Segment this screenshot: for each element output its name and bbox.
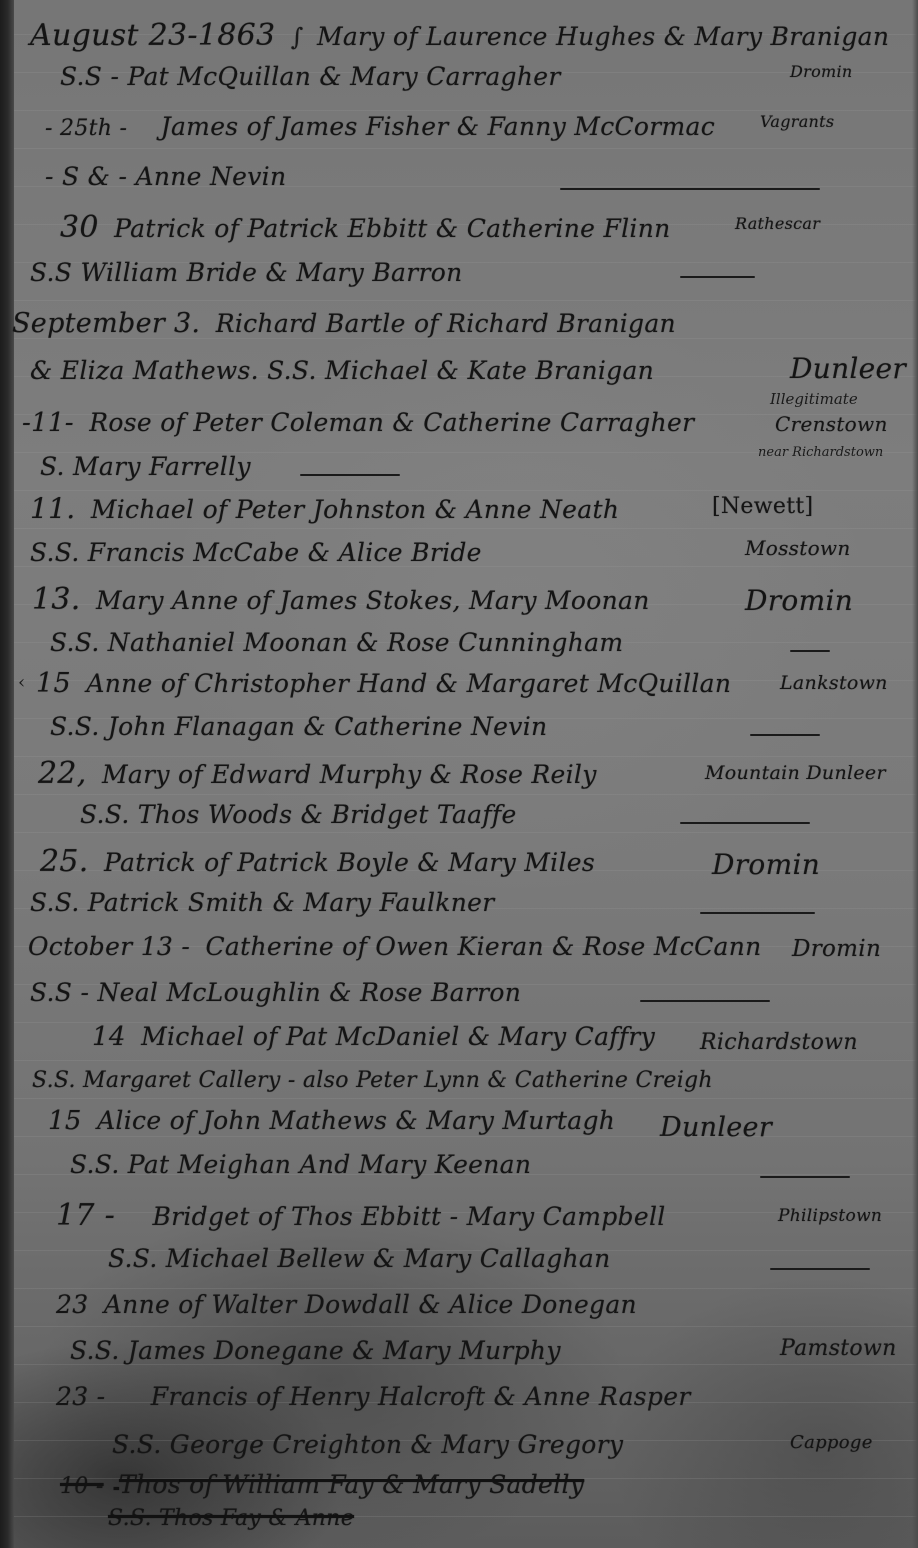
entry-sponsors: S.S - Pat McQuillan & Mary Carragher <box>60 62 561 91</box>
entry-record: Mary of Edward Murphy & Rose Reily <box>102 760 597 789</box>
entry-date: 22, <box>38 756 87 791</box>
entry-6-sponsors-line: S.S. Francis McCabe & Alice Bride <box>30 538 482 567</box>
entry-12-place: Richardstown <box>700 1030 858 1055</box>
entry-date: 17 - <box>56 1198 115 1233</box>
line-filler <box>750 734 820 736</box>
line-filler <box>700 912 815 914</box>
line-filler <box>560 188 820 190</box>
line-filler <box>680 822 810 824</box>
entry-3-record-line: 30 Patrick of Patrick Ebbitt & Catherine… <box>60 210 671 245</box>
entry-12-sponsors-line: S.S. Margaret Callery - also Peter Lynn … <box>32 1068 713 1093</box>
entry-14-place: Philipstown <box>778 1206 882 1226</box>
entry-6-record-line: 11. Michael of Peter Johnston & Anne Nea… <box>30 492 619 525</box>
entry-9-place: Mountain Dunleer <box>705 762 886 784</box>
line-filler <box>300 474 400 476</box>
line-filler <box>640 1000 770 1002</box>
entry-date: September 3. <box>12 308 200 339</box>
entry-date: 15 <box>48 1106 82 1136</box>
entry-record: Michael of Peter Johnston & Anne Neath <box>91 495 619 524</box>
entry-3-sponsors-line: S.S William Bride & Mary Barron <box>30 258 462 287</box>
entry-sponsors: S.S. Patrick Smith & Mary Faulkner <box>30 888 495 917</box>
entry-17-record-line-struck: 10 - Thos of William Fay & Mary Sadelly <box>60 1470 584 1499</box>
entry-8-sponsors-line: S.S. John Flanagan & Catherine Nevin <box>50 712 547 741</box>
entry-12-record-line: 14 Michael of Pat McDaniel & Mary Caffry <box>92 1022 655 1052</box>
entry-sponsors: - S & - Anne Nevin <box>45 162 286 191</box>
entry-date: 23 <box>56 1290 88 1319</box>
entry-11-record-line: October 13 - Catherine of Owen Kieran & … <box>28 932 762 961</box>
entry-sponsors: S.S. George Creighton & Mary Gregory <box>112 1430 623 1459</box>
entry-7-sponsors-line: S.S. Nathaniel Moonan & Rose Cunningham <box>50 628 623 657</box>
entry-10-place: Dromin <box>712 848 820 881</box>
entry-16-place: Cappoge <box>790 1432 873 1453</box>
entry-14-sponsors-line: S.S. Michael Bellew & Mary Callaghan <box>108 1244 611 1273</box>
entry-sponsors: & Eliza Mathews. S.S. Michael & Kate Bra… <box>30 356 654 385</box>
entry-record: Richard Bartle of Richard Branigan <box>216 309 676 338</box>
entry-sponsors: S. Mary Farrelly <box>40 452 251 481</box>
entry-1-sponsors-line: S.S - Pat McQuillan & Mary Carragher <box>60 62 561 91</box>
entry-13-sponsors-line: S.S. Pat Meighan And Mary Keenan <box>70 1150 531 1179</box>
entry-record: Catherine of Owen Kieran & Rose McCann <box>206 932 762 961</box>
entry-14-record-line: 17 - Bridget of Thos Ebbitt - Mary Campb… <box>56 1198 666 1233</box>
entry-record: Thos of William Fay & Mary Sadelly <box>119 1470 584 1499</box>
entry-record: Francis of Henry Halcroft & Anne Rasper <box>151 1382 691 1411</box>
register-page: August 23-1863 ∫ Mary of Laurence Hughes… <box>0 0 918 1548</box>
entry-date: 11. <box>30 492 75 525</box>
entry-sponsors: S.S. John Flanagan & Catherine Nevin <box>50 712 547 741</box>
page-edge <box>912 0 918 1548</box>
entry-record: Mary Anne of James Stokes, Mary Moonan <box>96 586 650 615</box>
ss-mark-icon: ∫ <box>291 23 304 51</box>
entry-8-record-line: 15 Anne of Christopher Hand & Margaret M… <box>36 668 731 699</box>
entry-16-record-line: 23 - Francis of Henry Halcroft & Anne Ra… <box>56 1382 691 1411</box>
entry-sponsors: S.S. Francis McCabe & Alice Bride <box>30 538 482 567</box>
entry-2-sponsors-line: - S & - Anne Nevin <box>45 162 286 191</box>
entry-10-sponsors-line: S.S. Patrick Smith & Mary Faulkner <box>30 888 495 917</box>
entry-15-record-line: 23 Anne of Walter Dowdall & Alice Donega… <box>56 1290 637 1319</box>
entry-11-place: Dromin <box>792 936 881 962</box>
margin-arrow-icon: ‹ <box>18 672 25 693</box>
entry-date: -11- <box>22 408 74 438</box>
entry-9-sponsors-line: S.S. Thos Woods & Bridget Taaffe <box>80 800 517 829</box>
entry-15-place: Pamstown <box>780 1336 897 1361</box>
entry-sponsors: S.S. Pat Meighan And Mary Keenan <box>70 1150 531 1179</box>
book-binding-shadow <box>0 0 14 1548</box>
entry-2-record-line: - 25th - James of James Fisher & Fanny M… <box>45 112 715 141</box>
entry-date: 23 - <box>56 1382 105 1411</box>
entry-5-place: Crenstown <box>775 412 888 436</box>
entry-sponsors: S.S. Michael Bellew & Mary Callaghan <box>108 1244 611 1273</box>
entry-record: Alice of John Mathews & Mary Murtagh <box>97 1106 615 1135</box>
entry-6-place: Mosstown <box>745 536 851 560</box>
entry-date: 13. <box>32 582 81 617</box>
entry-date: - 25th - <box>45 116 127 141</box>
entry-record: Patrick of Patrick Ebbitt & Catherine Fl… <box>114 214 670 243</box>
entry-17-sponsors-line-struck: S.S. Thos Fay & Anne <box>108 1506 354 1531</box>
entry-15-sponsors-line: S.S. James Donegane & Mary Murphy <box>70 1336 561 1365</box>
entry-13-place: Dunleer <box>660 1112 772 1143</box>
entry-record: James of James Fisher & Fanny McCormac <box>161 112 715 141</box>
entry-9-record-line: 22, Mary of Edward Murphy & Rose Reily <box>38 756 597 791</box>
entry-6-bracket-note: [Newett] <box>712 494 813 519</box>
entry-date: 15 <box>36 668 71 699</box>
entry-sponsors: S.S William Bride & Mary Barron <box>30 258 462 287</box>
entry-2-place: Vagrants <box>760 112 834 131</box>
entry-record: Bridget of Thos Ebbitt - Mary Campbell <box>152 1202 665 1231</box>
line-filler <box>680 276 755 278</box>
entry-record: Mary of Laurence Hughes & Mary Branigan <box>317 22 889 51</box>
entry-4-place: Dunleer <box>790 352 906 385</box>
entry-record: Rose of Peter Coleman & Catherine Carrag… <box>89 408 694 437</box>
entry-record: Anne of Walter Dowdall & Alice Donegan <box>104 1290 637 1319</box>
entry-11-sponsors-line: S.S - Neal McLoughlin & Rose Barron <box>30 978 521 1007</box>
entry-sponsors: S.S - Neal McLoughlin & Rose Barron <box>30 978 521 1007</box>
entry-sponsors: S.S. Thos Woods & Bridget Taaffe <box>80 800 517 829</box>
entry-sponsors: S.S. Margaret Callery - also Peter Lynn … <box>32 1068 713 1093</box>
entry-sponsors: S.S. James Donegane & Mary Murphy <box>70 1336 561 1365</box>
entry-7-record-line: 13. Mary Anne of James Stokes, Mary Moon… <box>32 582 650 617</box>
entry-8-place: Lankstown <box>780 672 888 694</box>
entry-4-record-line: September 3. Richard Bartle of Richard B… <box>12 308 676 339</box>
line-filler <box>790 650 830 652</box>
entry-date: 10 - <box>60 1474 104 1499</box>
line-filler <box>770 1268 870 1270</box>
entry-5-sponsors-line: S. Mary Farrelly <box>40 452 251 481</box>
entry-1-place: Dromin <box>790 62 853 81</box>
entry-date: August 23-1863 <box>30 18 275 53</box>
entry-sponsors: S.S. Nathaniel Moonan & Rose Cunningham <box>50 628 623 657</box>
line-filler <box>760 1176 850 1178</box>
entry-record: Anne of Christopher Hand & Margaret McQu… <box>86 669 731 698</box>
entry-4-sponsors-line: & Eliza Mathews. S.S. Michael & Kate Bra… <box>30 356 654 385</box>
entry-record: Patrick of Patrick Boyle & Mary Miles <box>104 848 595 877</box>
entry-date: October 13 - <box>28 932 190 961</box>
entry-5-record-line: -11- Rose of Peter Coleman & Catherine C… <box>22 408 694 438</box>
entry-record: Michael of Pat McDaniel & Mary Caffry <box>141 1022 655 1051</box>
entry-3-place: Rathescar <box>735 214 820 233</box>
entry-16-sponsors-line: S.S. George Creighton & Mary Gregory <box>112 1430 623 1459</box>
entry-5-note-near: near Richardstown <box>758 445 883 460</box>
entry-13-record-line: 15 Alice of John Mathews & Mary Murtagh <box>48 1106 615 1136</box>
entry-5-note-illegitimate: Illegitimate <box>770 390 858 408</box>
entry-date: 14 <box>92 1022 126 1052</box>
entry-1-record-line: August 23-1863 ∫ Mary of Laurence Hughes… <box>30 18 889 53</box>
entry-date: 25. <box>40 844 89 879</box>
entry-7-place: Dromin <box>745 584 853 617</box>
entry-sponsors: S.S. Thos Fay & Anne <box>108 1506 354 1531</box>
entry-10-record-line: 25. Patrick of Patrick Boyle & Mary Mile… <box>40 844 595 879</box>
entry-date: 30 <box>60 210 99 245</box>
